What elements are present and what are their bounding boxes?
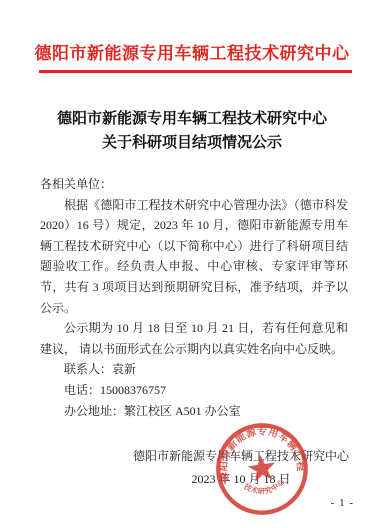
masthead-org-name: 德阳市新能源专用车辆工程技术研究中心 <box>0 39 384 64</box>
paragraph-1: 根据《德阳市工程技术研究中心管理办法》（德市科发 2020）16 号）规定，20… <box>40 195 348 319</box>
signature-date: 2023 年 10 月 18 日 <box>130 468 352 491</box>
document-title-line2: 关于科研项目结项情况公示 <box>0 131 384 155</box>
contact-address-line: 办公地址：繁江校区 A501 办公室 <box>40 401 348 422</box>
signature-org-name: 德阳市新能源专用车辆工程技术研究中心 <box>130 445 352 468</box>
document-page: 德阳市新能源专用车辆工程技术研究中心 德阳市新能源专用车辆工程技术研究中心 关于… <box>0 0 384 528</box>
document-body: 各相关单位： 根据《德阳市工程技术研究中心管理办法》（德市科发 2020）16 … <box>40 174 348 421</box>
masthead-divider-rule <box>39 70 352 73</box>
paragraph-2: 公示期为 10 月 18 日至 10 月 21 日，若有任何意见和建议， 请以书… <box>40 318 348 359</box>
contact-person-line: 联系人：袁新 <box>40 359 348 380</box>
salutation: 各相关单位： <box>40 174 348 195</box>
page-number: - 1 - <box>331 497 354 509</box>
document-title: 德阳市新能源专用车辆工程技术研究中心 关于科研项目结项情况公示 <box>0 107 384 155</box>
signature-block: 德阳市新能源专用车辆工程技术研究中心 2023 年 10 月 18 日 <box>130 445 352 491</box>
contact-phone-line: 电话：15008376757 <box>40 380 348 401</box>
document-title-line1: 德阳市新能源专用车辆工程技术研究中心 <box>0 107 384 131</box>
